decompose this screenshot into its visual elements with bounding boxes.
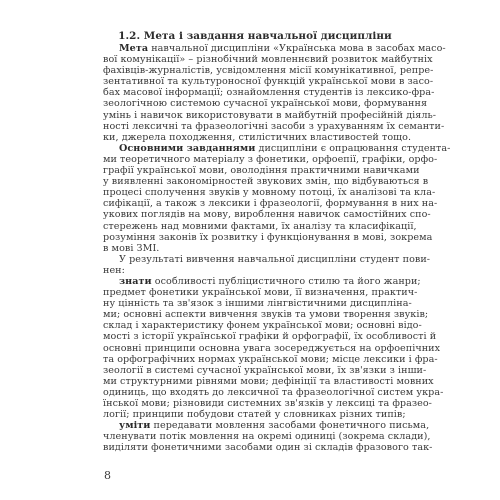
text-line: мості з історії української графіки й ор… (103, 331, 407, 342)
section-title: 1.2. Мета і завдання навчальної дисциплі… (103, 30, 407, 43)
term-goal: Мета (119, 43, 148, 54)
text-line: бах масової інформації; ознайомлення сту… (103, 87, 407, 98)
paragraph-tasks: Основними завданнями дисципліни є опрацю… (103, 143, 407, 254)
term-know: знати (119, 276, 152, 287)
text-line: процесі сполучення звуків у мовному пото… (103, 187, 407, 198)
text-line: уміти передавати мовлення засобами фонет… (103, 420, 407, 431)
text-line: ми теоретичного матеріалу з фонетики, ор… (103, 154, 407, 165)
text-line: сифікації, а також з лексики і фразеолог… (103, 198, 407, 209)
text-line: вої комунікації» – різнобічний мовленнєв… (103, 54, 407, 65)
text-line: одиниць, що входять до лексичної та фраз… (103, 387, 407, 398)
paragraph-result: У результаті вивчення навчальної дисципл… (103, 254, 407, 276)
text-line: графії української мови, оволодіння прак… (103, 165, 407, 176)
text-line: ми; основні аспекти вивчення звуків та у… (103, 309, 407, 320)
paragraph-goal: Мета навчальної дисципліни «Українська м… (103, 43, 407, 143)
text-line: та орфографічних нормах української мови… (103, 354, 407, 365)
text-span: особливості публіцистичного стилю та йог… (152, 276, 421, 287)
text-line: фахівців-журналістів, усвідомлення місії… (103, 65, 407, 76)
text-line: умінь і навичок використовувати в майбут… (103, 110, 407, 121)
text-span: дисципліни є опрацювання студента- (255, 143, 450, 154)
text-line: Мета навчальної дисципліни «Українська м… (103, 43, 407, 54)
text-body: 1.2. Мета і завдання навчальної дисциплі… (103, 30, 407, 453)
text-line: предмет фонетики української мови, її ви… (103, 287, 407, 298)
text-line: в мові ЗМІ. (103, 243, 407, 254)
text-span: передавати мовлення засобами фонетичного… (150, 420, 429, 431)
text-line: стережень над мовними фактами, їх аналіз… (103, 221, 407, 232)
text-line: склад і характеристику фонем української… (103, 320, 407, 331)
text-line: членувати потік мовлення на окремі одини… (103, 431, 407, 442)
text-line: зеологічною системою сучасної українсько… (103, 98, 407, 109)
text-line: Основними завданнями дисципліни є опрацю… (103, 143, 407, 154)
text-line: знати особливості публіцистичного стилю … (103, 276, 407, 287)
text-line: основні принципи основна увага зосереджу… (103, 343, 407, 354)
paragraph-able: уміти передавати мовлення засобами фонет… (103, 420, 407, 453)
text-line: нен: (103, 265, 407, 276)
document-page: 1.2. Мета і завдання навчальної дисциплі… (0, 0, 500, 500)
text-line: розуміння законів їх розвитку і функціон… (103, 232, 407, 243)
text-line: їнської мови; різновиди системних зв'язк… (103, 398, 407, 409)
paragraph-know: знати особливості публіцистичного стилю … (103, 276, 407, 420)
text-line: ки, джерела походження, стилістичних вла… (103, 132, 407, 143)
text-line: У результаті вивчення навчальної дисципл… (103, 254, 407, 265)
text-line: зеології в системі сучасної української … (103, 365, 407, 376)
term-tasks: Основними завданнями (119, 143, 255, 154)
text-line: логії; принципи побудови статей у словни… (103, 409, 407, 420)
text-line: укових поглядів на мову, вироблення нави… (103, 209, 407, 220)
text-line: ності лексичні та фразеологічні засоби з… (103, 121, 407, 132)
page-number: 8 (104, 469, 111, 482)
term-able: уміти (119, 420, 150, 431)
text-line: у виявленні закономірностей звукових змі… (103, 176, 407, 187)
text-line: виділяти фонетичними засобами один зі ск… (103, 442, 407, 453)
text-span: навчальної дисципліни «Українська мова в… (148, 43, 446, 54)
text-line: зентативної та культуроносної функцій ук… (103, 76, 407, 87)
text-line: ми структурними рівнями мови; дефініції … (103, 376, 407, 387)
text-line: ну цінність та зв'язок з іншими лінгвіст… (103, 298, 407, 309)
